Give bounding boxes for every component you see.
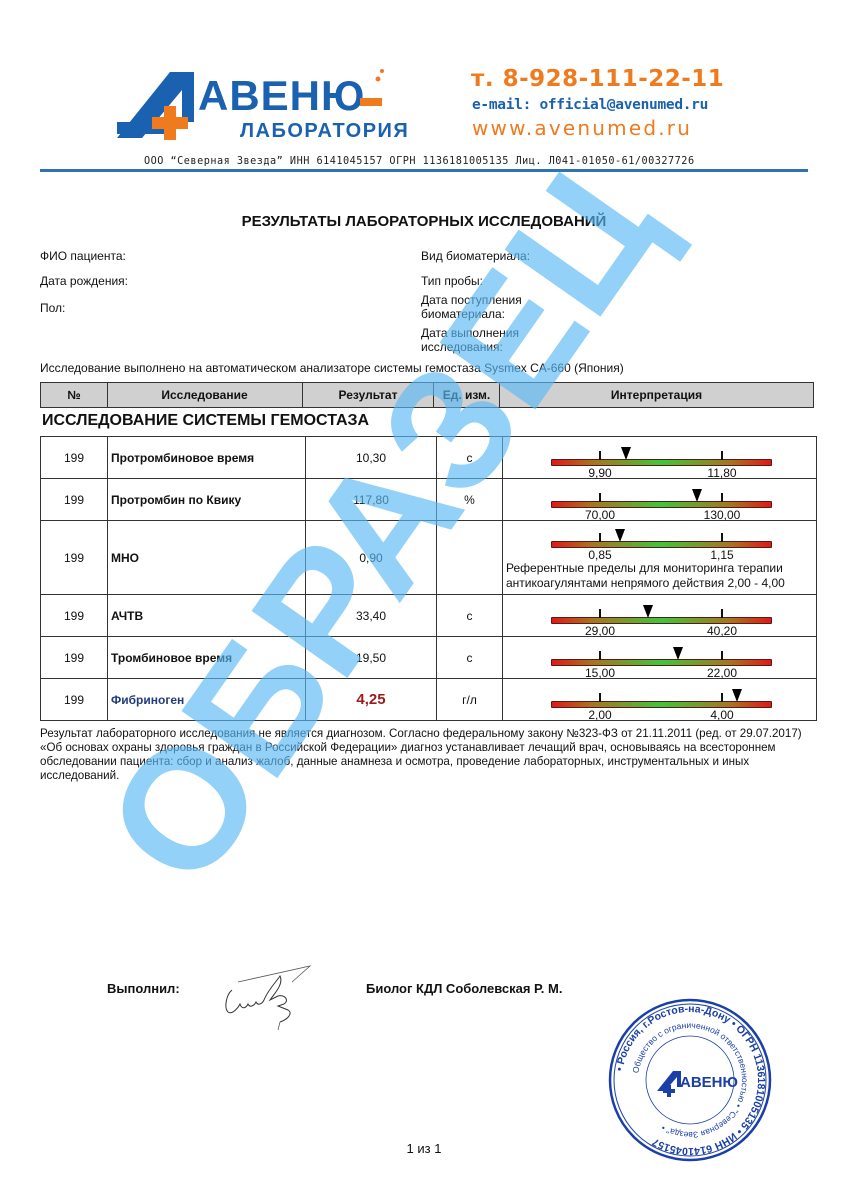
value-marker-icon — [673, 647, 683, 660]
company-details: ООО “Северная Звезда” ИНН 6141045157 ОГР… — [144, 156, 695, 167]
col-result: Результат — [303, 383, 434, 408]
value-marker-icon — [643, 605, 653, 618]
test-number: 199 — [41, 437, 108, 479]
test-unit: г/л — [437, 679, 503, 721]
range-high-label: 130,00 — [704, 508, 741, 522]
section-title: ИССЛЕДОВАНИЕ СИСТЕМЫ ГЕМОСТАЗА — [42, 412, 369, 430]
patient-name-label: ФИО пациента: — [40, 249, 126, 263]
value-marker-icon — [615, 529, 625, 542]
document-title: РЕЗУЛЬТАТЫ ЛАБОРАТОРНЫХ ИССЛЕДОВАНИЙ — [0, 213, 848, 230]
table-row: 199Фибриноген4,25г/л2,004,00 — [41, 679, 817, 721]
test-result: 10,30 — [306, 437, 437, 479]
test-unit — [437, 521, 503, 595]
reference-range-gauge: 29,0040,20 — [503, 597, 816, 635]
reference-range-gauge: 0,851,15 — [503, 521, 816, 559]
contact-email[interactable]: e-mail: official@avenumed.ru — [472, 97, 708, 113]
contact-phone[interactable]: т. 8-928-111-22-11 — [471, 66, 724, 92]
test-result: 4,25 — [306, 679, 437, 721]
range-low-tick — [599, 693, 601, 702]
sample-type-label: Тип пробы: — [421, 274, 483, 288]
col-number: № — [41, 383, 108, 408]
value-marker-icon — [621, 447, 631, 460]
test-number: 199 — [41, 595, 108, 637]
range-low-tick — [599, 493, 601, 502]
value-marker-icon — [692, 489, 702, 502]
contact-website[interactable]: www.avenumed.ru — [472, 116, 692, 140]
disclaimer: Результат лабораторного исследования не … — [40, 727, 810, 783]
test-name: Протромбиновое время — [108, 437, 306, 479]
test-name: Фибриноген — [108, 679, 306, 721]
reference-range-gauge: 70,00130,00 — [503, 481, 816, 519]
range-low-label: 70,00 — [585, 508, 615, 522]
test-unit: с — [437, 637, 503, 679]
range-bar — [551, 501, 772, 508]
test-unit: с — [437, 595, 503, 637]
official-stamp: • Россия, г.Ростов-на-Дону • ОГРН 113618… — [607, 997, 773, 1163]
results-table-header: № Исследование Результат Ед. изм. Интерп… — [40, 382, 814, 408]
range-high-label: 4,00 — [710, 708, 733, 722]
range-high-tick — [721, 493, 723, 502]
sex-label: Пол: — [40, 301, 65, 315]
interpretation-cell: 2,004,00 — [503, 679, 817, 721]
range-high-label: 1,15 — [710, 548, 733, 562]
svg-text:ЛАБОРАТОРИЯ: ЛАБОРАТОРИЯ — [240, 120, 409, 142]
range-low-label: 15,00 — [585, 666, 615, 680]
range-low-label: 2,00 — [588, 708, 611, 722]
range-high-tick — [721, 533, 723, 542]
col-interpretation: Интерпретация — [500, 383, 814, 408]
page-number: 1 из 1 — [0, 1141, 848, 1156]
received-date-label-line1: Дата поступления — [421, 293, 522, 307]
reference-range-gauge: 9,9011,80 — [503, 439, 816, 477]
test-unit: % — [437, 479, 503, 521]
range-low-label: 0,85 — [588, 548, 611, 562]
range-bar — [551, 541, 772, 548]
range-low-tick — [599, 451, 601, 460]
results-table: 199Протромбиновое время10,30с9,9011,8019… — [40, 436, 817, 721]
test-number: 199 — [41, 521, 108, 595]
range-bar — [551, 459, 772, 466]
biomaterial-type-label: Вид биоматериала: — [421, 249, 530, 263]
svg-text:АВЕНЮ: АВЕНЮ — [680, 1074, 738, 1091]
test-name: Протромбин по Квику — [108, 479, 306, 521]
test-name: Тромбиновое время — [108, 637, 306, 679]
test-name: МНО — [108, 521, 306, 595]
range-low-tick — [599, 651, 601, 660]
interpretation-cell: 29,0040,20 — [503, 595, 817, 637]
birth-date-label: Дата рождения: — [40, 274, 128, 288]
received-date-label-line2: биоматериала: — [421, 307, 522, 321]
range-low-tick — [599, 609, 601, 618]
range-high-label: 40,20 — [707, 624, 737, 638]
test-number: 199 — [41, 679, 108, 721]
range-high-tick — [721, 651, 723, 660]
test-result: 33,40 — [306, 595, 437, 637]
range-bar — [551, 701, 772, 708]
test-date-label-line2: исследования: — [421, 340, 519, 354]
range-bar — [551, 659, 772, 666]
table-row: 199Протромбин по Квику117,80%70,00130,00 — [41, 479, 817, 521]
range-high-label: 22,00 — [707, 666, 737, 680]
interpretation-cell: 9,9011,80 — [503, 437, 817, 479]
test-number: 199 — [41, 637, 108, 679]
avenu-lab-logo: АВЕНЮ ЛАБОРАТОРИЯ — [112, 60, 452, 150]
table-row: 199Тромбиновое время19,50с15,0022,00 — [41, 637, 817, 679]
range-low-tick — [599, 533, 601, 542]
range-bar — [551, 617, 772, 624]
range-high-tick — [721, 609, 723, 618]
range-high-tick — [721, 693, 723, 702]
test-date-label: Дата выполнения исследования: — [421, 326, 519, 354]
table-row: 199Протромбиновое время10,30с9,9011,80 — [41, 437, 817, 479]
interpretation-cell: 15,0022,00 — [503, 637, 817, 679]
col-test: Исследование — [108, 383, 303, 408]
col-unit: Ед. изм. — [434, 383, 500, 408]
test-result: 0,90 — [306, 521, 437, 595]
table-row: 199АЧТВ33,40с29,0040,20 — [41, 595, 817, 637]
analyzer-note: Исследование выполнено на автоматическом… — [40, 361, 624, 375]
reference-range-gauge: 15,0022,00 — [503, 639, 816, 677]
range-high-tick — [721, 451, 723, 460]
test-unit: с — [437, 437, 503, 479]
inr-therapy-note: Референтные пределы для мониторинга тера… — [503, 559, 816, 594]
received-date-label: Дата поступления биоматериала: — [421, 293, 522, 321]
svg-text:АВЕНЮ: АВЕНЮ — [198, 72, 365, 119]
test-number: 199 — [41, 479, 108, 521]
test-name: АЧТВ — [108, 595, 306, 637]
range-high-label: 11,80 — [707, 466, 736, 480]
signature-icon — [218, 960, 318, 1030]
table-row: 199МНО0,900,851,15Референтные пределы дл… — [41, 521, 817, 595]
header-divider — [40, 169, 808, 172]
reference-range-gauge: 2,004,00 — [503, 681, 816, 719]
interpretation-cell: 0,851,15Референтные пределы для монитори… — [503, 521, 817, 595]
interpretation-cell: 70,00130,00 — [503, 479, 817, 521]
performed-by-label: Выполнил: — [107, 981, 180, 996]
signer-name: Биолог КДЛ Соболевская Р. М. — [366, 981, 562, 996]
test-result: 117,80 — [306, 479, 437, 521]
value-marker-icon — [732, 689, 742, 702]
range-low-label: 9,90 — [588, 466, 611, 480]
test-result: 19,50 — [306, 637, 437, 679]
range-low-label: 29,00 — [585, 624, 615, 638]
test-date-label-line1: Дата выполнения — [421, 326, 519, 340]
